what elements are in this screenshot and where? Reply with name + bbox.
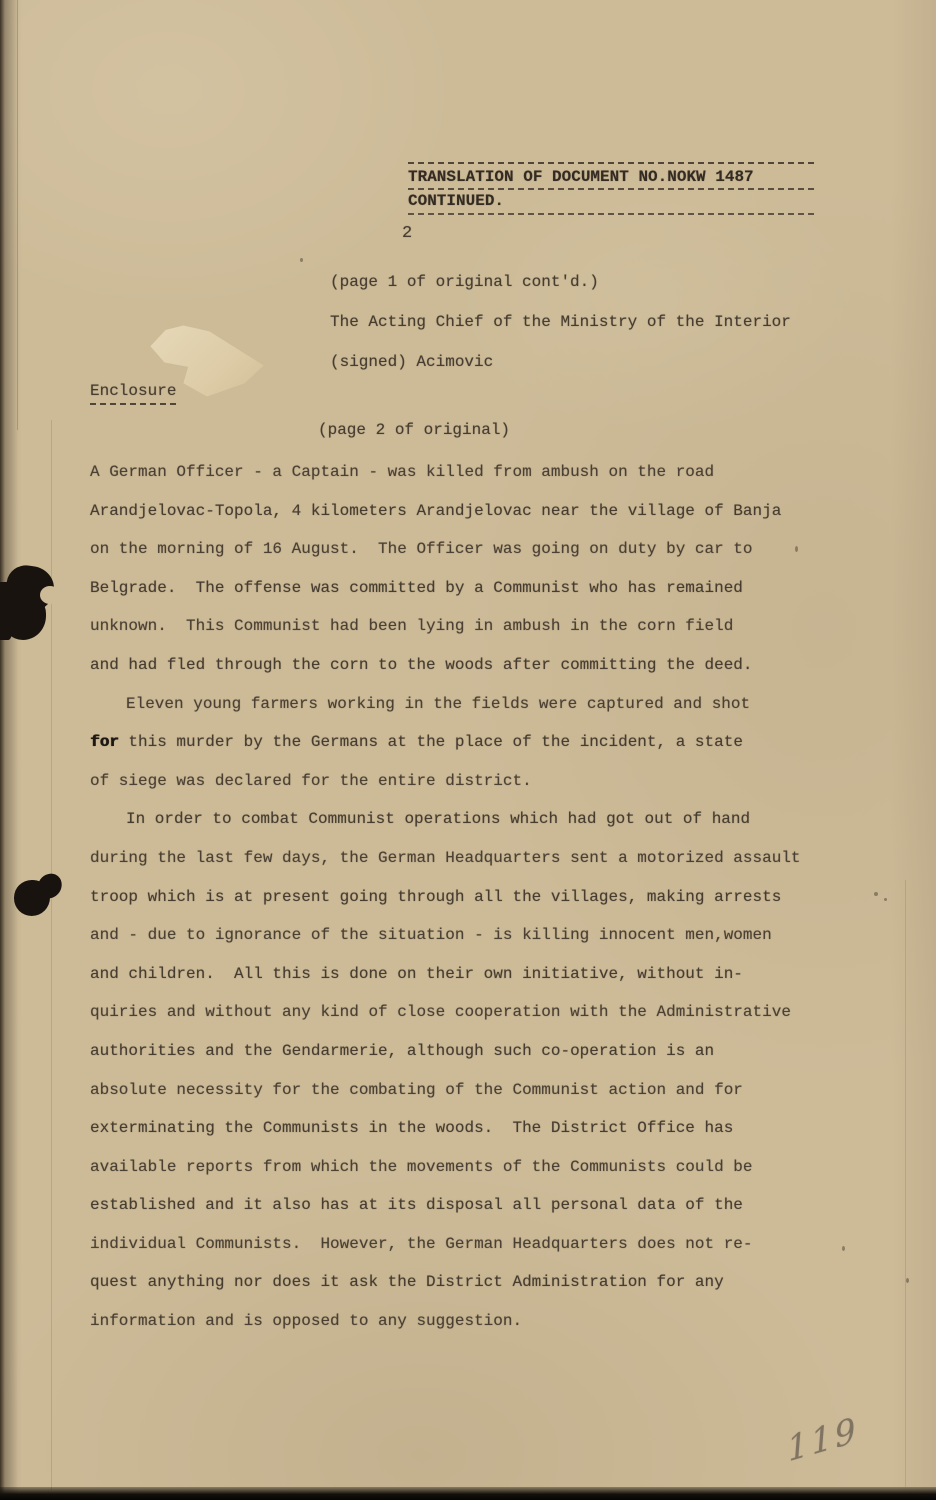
body-line: Belgrade. The offense was committed by a… [90, 569, 838, 608]
body-line: unknown. This Communist had been lying i… [90, 607, 838, 646]
body-line: troop which is at present going through … [90, 878, 838, 917]
header-continued-label: CONTINUED. [408, 190, 814, 215]
scan-bottom-edge [0, 1487, 936, 1500]
enclosure-heading: Enclosure [90, 382, 176, 405]
ink-speck [300, 258, 303, 262]
body-line: Arandjelovac-Topola, 4 kilometers Arandj… [90, 492, 838, 531]
body-line: quest anything nor does it ask the Distr… [90, 1263, 838, 1302]
body-line: quiries and without any kind of close co… [90, 993, 838, 1032]
body-line: exterminating the Communists in the wood… [90, 1109, 838, 1148]
preamble-block: (page 1 of original cont'd.) The Acting … [330, 262, 791, 382]
ink-speck [906, 1278, 909, 1283]
body-line: and children. All this is done on their … [90, 955, 838, 994]
body-line: In order to combat Communist operations … [90, 800, 838, 839]
body-line: individual Communists. However, the Germ… [90, 1225, 838, 1264]
ink-speck [842, 1246, 845, 1251]
translation-header-stamp: TRANSLATION OF DOCUMENT NO.NOKW 1487 CON… [408, 162, 814, 215]
preamble-signatory-title: The Acting Chief of the Ministry of the … [330, 302, 791, 342]
ink-speck [874, 892, 878, 896]
body-line-rest: this murder by the Germans at the place … [119, 733, 743, 751]
torn-hole-bottom [12, 874, 64, 918]
overstruck-word: for [90, 733, 119, 751]
original-page-subheading: (page 2 of original) [318, 421, 510, 439]
paper-fold-line-top [17, 0, 18, 430]
body-text: A German Officer - a Captain - was kille… [90, 453, 838, 1341]
body-line: of siege was declared for the entire dis… [90, 762, 838, 801]
preamble-signature: (signed) Acimovic [330, 342, 791, 382]
body-line: on the morning of 16 August. The Officer… [90, 530, 838, 569]
body-line: and had fled through the corn to the woo… [90, 646, 838, 685]
ink-speck [795, 546, 798, 552]
body-line: authorities and the Gendarmerie, althoug… [90, 1032, 838, 1071]
preamble-page-note: (page 1 of original cont'd.) [330, 262, 791, 302]
body-line: during the last few days, the German Hea… [90, 839, 838, 878]
ink-speck [884, 898, 887, 901]
torn-hole-top [0, 560, 62, 648]
header-document-number: TRANSLATION OF DOCUMENT NO.NOKW 1487 [408, 168, 814, 190]
enclosure-heading-wrap: Enclosure [90, 382, 176, 405]
body-line: and - due to ignorance of the situation … [90, 916, 838, 955]
handwritten-page-number: 119 [785, 1410, 860, 1471]
body-line: A German Officer - a Captain - was kille… [90, 453, 838, 492]
body-line: Eleven young farmers working in the fiel… [90, 685, 838, 724]
typed-page-number: 2 [402, 224, 412, 243]
scanned-document-page: TRANSLATION OF DOCUMENT NO.NOKW 1487 CON… [0, 0, 936, 1500]
body-line: information and is opposed to any sugges… [90, 1302, 838, 1341]
paper-fold-line-right [905, 880, 906, 1487]
body-line: absolute necessity for the combating of … [90, 1071, 838, 1110]
body-line-with-overstrike: for this murder by the Germans at the pl… [90, 723, 838, 762]
body-line: available reports from which the movemen… [90, 1148, 838, 1187]
body-line: established and it also has at its dispo… [90, 1186, 838, 1225]
